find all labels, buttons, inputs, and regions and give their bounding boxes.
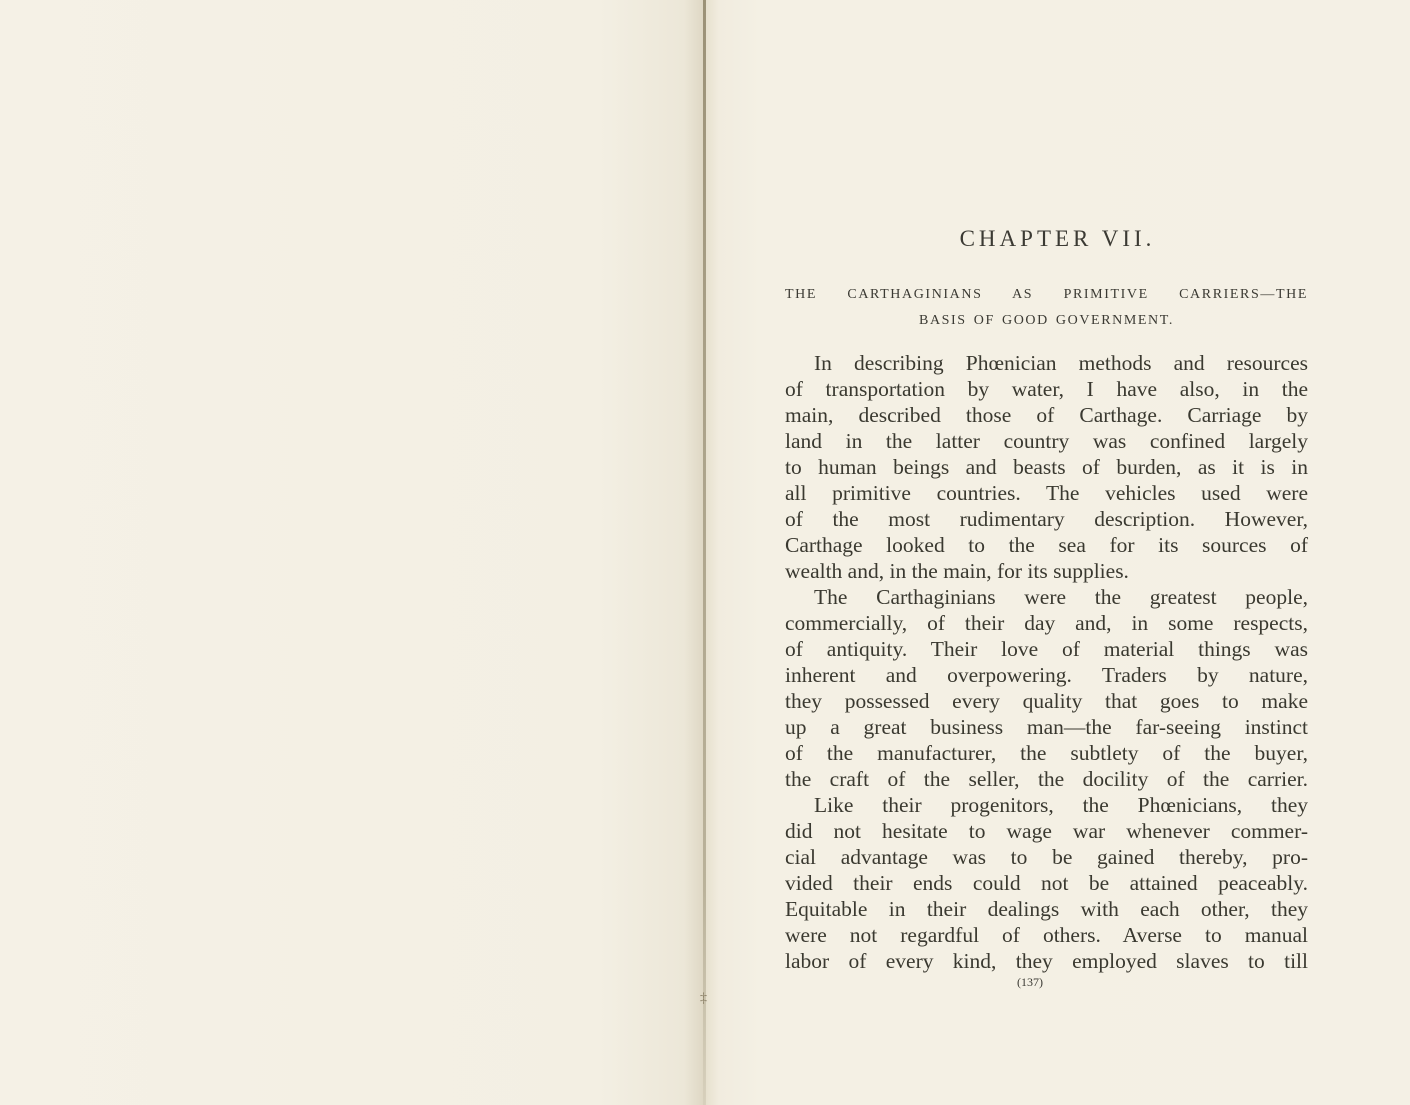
text-line: main, described those of Carthage. Carri…: [785, 402, 1308, 428]
text-line: Equitable in their dealings with each ot…: [785, 896, 1308, 922]
text-line: of the most rudimentary description. How…: [785, 506, 1308, 532]
gutter-thread-mark: ‡: [700, 990, 708, 1008]
text-line: Like their progenitors, the Phœnicians, …: [785, 792, 1308, 818]
text-line: up a great business man—the far-seeing i…: [785, 714, 1308, 740]
text-line: they possessed every quality that goes t…: [785, 688, 1308, 714]
text-line: all primitive countries. The vehicles us…: [785, 480, 1308, 506]
book-spread: ‡ CHAPTER VII. THE CARTHAGINIANS AS PRIM…: [0, 0, 1410, 1105]
paragraph-1: In describing Phœnician methods and reso…: [785, 350, 1308, 584]
left-page-blank: [0, 0, 705, 1105]
page-number: (137): [1000, 975, 1060, 990]
paragraph-2: The Carthaginians were the greatest peop…: [785, 584, 1308, 792]
chapter-subtitle-line: THE CARTHAGINIANS AS PRIMITIVE CARRIERS—…: [785, 282, 1308, 308]
text-line: of the manufacturer, the subtlety of the…: [785, 740, 1308, 766]
text-line: labor of every kind, they employed slave…: [785, 948, 1308, 974]
chapter-subtitle-line: BASIS OF GOOD GOVERNMENT.: [785, 308, 1308, 334]
body-text: In describing Phœnician methods and reso…: [785, 350, 1308, 974]
text-line: commercially, of their day and, in some …: [785, 610, 1308, 636]
text-line: did not hesitate to wage war whenever co…: [785, 818, 1308, 844]
text-line: of transportation by water, I have also,…: [785, 376, 1308, 402]
text-line: inherent and overpowering. Traders by na…: [785, 662, 1308, 688]
text-line: In describing Phœnician methods and reso…: [785, 350, 1308, 376]
chapter-subtitle: THE CARTHAGINIANS AS PRIMITIVE CARRIERS—…: [785, 282, 1308, 334]
text-line: wealth and, in the main, for its supplie…: [785, 558, 1308, 584]
text-line: to human beings and beasts of burden, as…: [785, 454, 1308, 480]
text-line: The Carthaginians were the greatest peop…: [785, 584, 1308, 610]
text-line: cial advantage was to be gained thereby,…: [785, 844, 1308, 870]
chapter-title: CHAPTER VII.: [705, 226, 1410, 252]
text-line: land in the latter country was confined …: [785, 428, 1308, 454]
text-line: the craft of the seller, the docility of…: [785, 766, 1308, 792]
book-gutter: [703, 0, 706, 1105]
paragraph-3: Like their progenitors, the Phœnicians, …: [785, 792, 1308, 974]
text-line: of antiquity. Their love of material thi…: [785, 636, 1308, 662]
text-line: were not regardful of others. Averse to …: [785, 922, 1308, 948]
text-line: vided their ends could not be attained p…: [785, 870, 1308, 896]
text-line: Carthage looked to the sea for its sourc…: [785, 532, 1308, 558]
